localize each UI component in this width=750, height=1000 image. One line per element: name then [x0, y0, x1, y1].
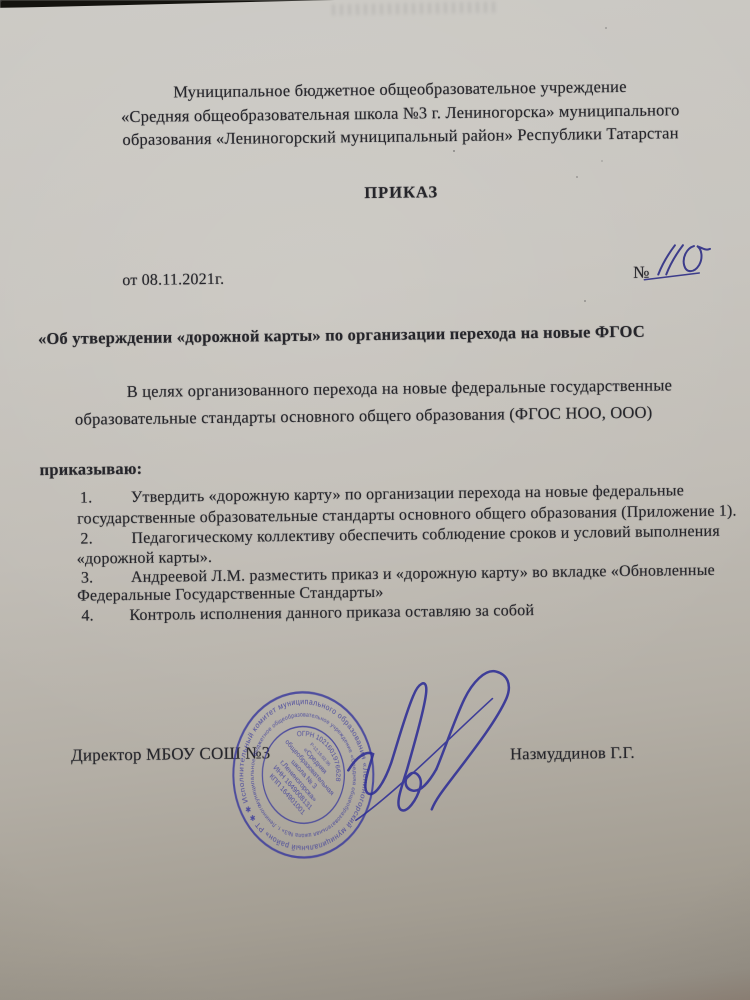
- order-page-content: Муниципальное бюджетное общеобразователь…: [0, 0, 750, 1000]
- order-number-sign: №: [633, 263, 650, 283]
- number-underline: [644, 273, 699, 280]
- order-date: от 08.11.2021г.: [122, 271, 224, 291]
- item-number: 3.: [81, 569, 94, 588]
- dust-specks: [0, 0, 2, 2]
- signature-stroke: [430, 671, 510, 809]
- item-line: Контроль исполнения данного приказа оста…: [129, 602, 534, 625]
- preamble-line: В целях организованного перехода на новы…: [127, 376, 673, 402]
- item-line: «дорожной карты».: [77, 549, 213, 569]
- handwritten-order-number: [658, 245, 710, 275]
- preamble-line: образовательные стандарты основного обще…: [75, 404, 653, 430]
- official-stamp: ✱ Исполнительный комитет муниципального …: [227, 685, 379, 865]
- order-title: ПРИКАЗ: [89, 180, 713, 207]
- document-photo: Муниципальное бюджетное общеобразователь…: [0, 0, 750, 1000]
- item-line: Федеральные Государственные Стандарты»: [77, 584, 384, 606]
- item-number: 1.: [80, 489, 93, 508]
- item-number: 2.: [80, 530, 93, 549]
- decree-word: приказываю:: [39, 460, 142, 480]
- item-line: Андреевой Л.М. разместить приказ и «доро…: [131, 562, 715, 588]
- signer-name: Назмуддинов Г.Г.: [510, 744, 635, 764]
- item-number: 4.: [81, 607, 94, 626]
- order-subject: «Об утверждении «дорожной карты» по орга…: [38, 323, 645, 349]
- org-header: Муниципальное бюджетное общеобразователь…: [88, 74, 713, 152]
